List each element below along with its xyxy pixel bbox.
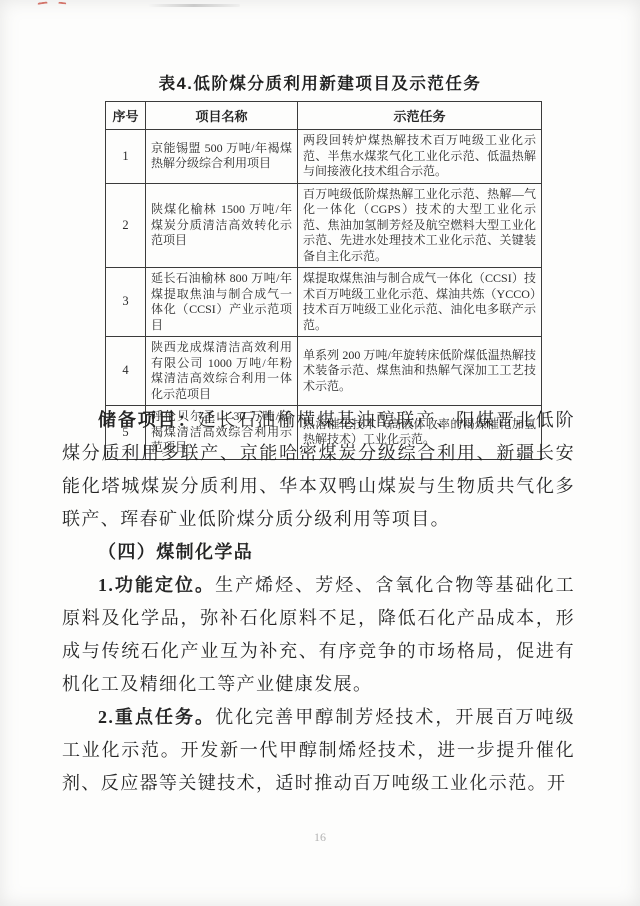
red-stamp-mark (37, 1, 48, 11)
paragraph-lead: 2.重点任务。 (98, 707, 215, 727)
key-tasks-paragraph: 2.重点任务。优化完善甲醇制芳烃技术，开展百万吨级工业化示范。开发新一代甲醇制烯… (62, 701, 575, 800)
project-name: 陕煤化榆林 1500 万吨/年煤炭分质清洁高效转化示范项目 (146, 183, 298, 268)
row-number: 3 (106, 268, 146, 337)
table-row: 2 陕煤化榆林 1500 万吨/年煤炭分质清洁高效转化示范项目 百万吨级低阶煤热… (106, 183, 542, 268)
project-name: 京能锡盟 500 万吨/年褐煤热解分级综合利用项目 (146, 130, 298, 184)
paragraph-lead: 1.功能定位。 (98, 575, 215, 595)
table-header-row: 序号 项目名称 示范任务 (106, 102, 542, 130)
column-header-demo-task: 示范任务 (298, 102, 542, 130)
row-number: 2 (106, 183, 146, 268)
demo-task: 单系列 200 万吨/年旋转床低阶煤低温热解技术装备示范、煤焦油和热解气深加工工… (298, 337, 542, 406)
reserve-projects-paragraph: 储备项目：延长石油榆横煤基油醇联产、阳煤晋北低阶煤分质利用多联产、京能哈密煤炭分… (62, 404, 575, 536)
column-header-project-name: 项目名称 (146, 102, 298, 130)
project-name: 延长石油榆林 800 万吨/年煤提取焦油与制合成气一体化（CCSI）产业示范项目 (146, 268, 298, 337)
demo-task: 百万吨级低阶煤热解工业化示范、热解—气化一体化（CGPS）技术的大型工业化示范、… (298, 183, 542, 268)
table-row: 4 陕西龙成煤清洁高效利用有限公司 1000 万吨/年粉煤清洁高效综合利用一体化… (106, 337, 542, 406)
project-name: 陕西龙成煤清洁高效利用有限公司 1000 万吨/年粉煤清洁高效综合利用一体化示范… (146, 337, 298, 406)
paragraph-lead: 储备项目： (98, 410, 197, 430)
page-number: 16 (0, 830, 640, 845)
demo-task: 煤提取煤焦油与制合成气一体化（CCSI）技术百万吨级工业化示范、煤油共炼（YCC… (298, 268, 542, 337)
section-heading: （四）煤制化学品 (62, 536, 575, 569)
table-row: 3 延长石油榆林 800 万吨/年煤提取焦油与制合成气一体化（CCSI）产业示范… (106, 268, 542, 337)
scan-smudge-artifact (148, 4, 240, 7)
table-row: 1 京能锡盟 500 万吨/年褐煤热解分级综合利用项目 两段回转炉煤热解技术百万… (106, 130, 542, 184)
column-header-no: 序号 (106, 102, 146, 130)
table-title: 表4.低阶煤分质利用新建项目及示范任务 (0, 70, 640, 94)
function-definition-paragraph: 1.功能定位。生产烯烃、芳烃、含氧化合物等基础化工原料及化学品，弥补石化原料不足… (62, 569, 575, 701)
scanned-document-page: 表4.低阶煤分质利用新建项目及示范任务 序号 项目名称 示范任务 1 京能锡盟 … (0, 0, 640, 906)
row-number: 1 (106, 130, 146, 184)
row-number: 4 (106, 337, 146, 406)
red-stamp-mark (58, 2, 67, 12)
demo-task: 两段回转炉煤热解技术百万吨级工业化示范、半焦水煤浆气化工业化示范、低温热解与间接… (298, 130, 542, 184)
body-text-block: 储备项目：延长石油榆横煤基油醇联产、阳煤晋北低阶煤分质利用多联产、京能哈密煤炭分… (62, 404, 575, 800)
